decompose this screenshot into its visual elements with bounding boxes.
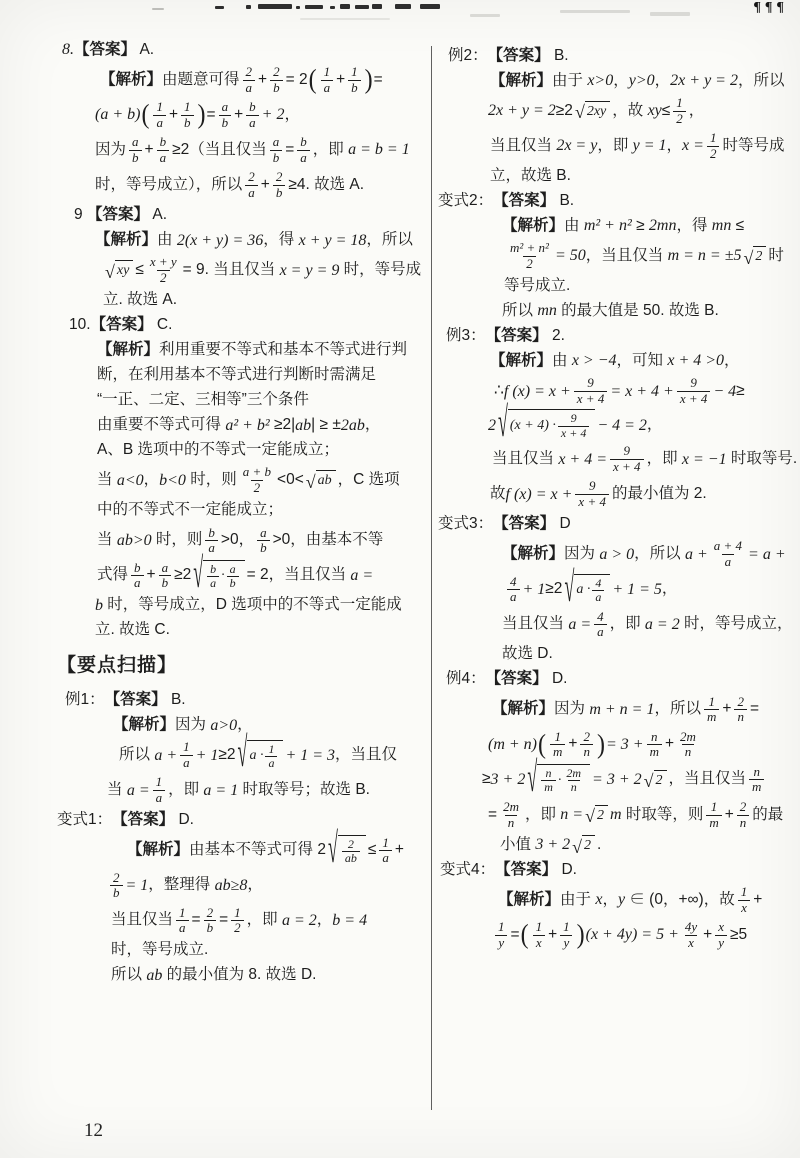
radical-sign: √ — [585, 807, 595, 825]
content-line: 【解析】由于 x>0，y>0，2x + y = 2，所以 — [438, 69, 794, 93]
content-line: 【解析】因为 a > 0，所以 a +a + 4a= a + — [438, 537, 794, 571]
text-run: 因为 — [175, 715, 210, 736]
text-run: ≥2 — [556, 101, 573, 122]
math-run: x — [595, 889, 602, 911]
text-run: ≥5 — [730, 925, 747, 946]
text-run: B. — [167, 690, 186, 711]
content-line: 【要点扫描】 — [57, 653, 429, 679]
header-artifact — [330, 6, 335, 9]
content-line: (a + b)(1a+1b)=ab+ba+ 2， — [57, 98, 429, 132]
content-line: 小值 3 + 2√2. — [438, 833, 794, 857]
bold-label: 【答案】 — [495, 860, 557, 881]
fraction: 1b — [181, 100, 194, 130]
content-line: 【解析】由 m² + n² ≥ 2mn，得 mn ≤ — [438, 214, 794, 238]
text-run: 时，等号成立），所以 — [95, 175, 242, 196]
math-run: a = 2 — [645, 614, 680, 636]
math-run: 2(x + y) = 36 — [177, 230, 263, 252]
big-paren: ( — [521, 921, 529, 949]
fraction: ba — [207, 563, 219, 591]
text-run: = 9. 当且仅当 — [183, 260, 280, 281]
text-run: 时，则 — [152, 530, 203, 551]
header-artifact — [650, 12, 690, 16]
radical: √nm·2mn — [527, 764, 590, 796]
text-run: 所以 — [502, 301, 537, 322]
fraction: 1a — [379, 836, 392, 866]
text-run: ，当且仅当 — [586, 246, 668, 267]
radical: √2 — [644, 770, 667, 791]
radical-sign: √ — [572, 838, 582, 856]
text-run: D. — [548, 669, 568, 690]
math-run: a · — [249, 747, 263, 766]
text-run: 当 — [97, 470, 117, 491]
bold-label: 【解析】 — [492, 699, 554, 720]
math-run: f (x) = x + — [504, 381, 571, 403]
bold-label: 【答案】 — [87, 205, 149, 226]
text-run: = — [207, 105, 216, 126]
content-line: 变式3：【答案】 D — [438, 512, 794, 536]
text-run: ，所以 — [634, 544, 685, 565]
math-run: 8. — [62, 39, 74, 61]
text-run: 时，等号成立， — [680, 614, 793, 635]
text-run: 因为 — [95, 140, 126, 161]
fraction: ab — [270, 135, 283, 165]
text-run: B. — [555, 191, 574, 212]
math-run: ab>0 — [117, 530, 152, 552]
content-line: 时，等号成立），所以2a+2b≥4. 故选 A. — [57, 168, 429, 202]
content-line: 立. 故选 A. — [57, 288, 429, 312]
text-run: 当且仅当 — [490, 136, 556, 157]
text-run: ， — [602, 890, 618, 911]
big-paren: ( — [309, 66, 317, 94]
math-run: 2x = y — [556, 135, 597, 157]
radical: √2 — [585, 805, 608, 826]
math-run: x + y = 18 — [299, 230, 367, 252]
math-run: = 1 — [126, 875, 149, 897]
text-run: ， — [667, 136, 683, 157]
fraction: 2n — [737, 800, 750, 830]
text-run: + — [725, 805, 734, 826]
text-run: ，所以 — [738, 71, 785, 92]
math-run: y>0 — [629, 70, 655, 92]
radical-sign: √ — [564, 565, 574, 607]
math-run: (a + b) — [95, 104, 140, 126]
text-run: 变式1： — [57, 810, 112, 831]
bold-label: 【解析】 — [97, 340, 159, 361]
text-run: = — [750, 699, 759, 720]
fraction: a + 4a — [711, 539, 745, 569]
math-run: + 1 — [196, 745, 219, 767]
bold-label: 【解析】 — [113, 715, 175, 736]
text-run: 由题意可得 — [162, 70, 240, 91]
text-run: 时，则 — [186, 470, 237, 491]
header-artifact — [355, 5, 369, 9]
math-run: + 1 — [523, 579, 546, 601]
radical: √2 — [744, 246, 767, 267]
content-line: 【解析】由于 x，y ∈ (0，+∞)，故1x+ — [438, 883, 794, 917]
text-run: ，故 — [612, 101, 647, 122]
math-run: x = −1 — [682, 449, 727, 471]
text-run: ，即 — [168, 780, 203, 801]
text-run: 由于 — [552, 71, 587, 92]
math-run: a<0 — [117, 470, 144, 492]
text-run: = — [374, 70, 383, 91]
content-line: 2√(x + 4) ·9x + 4− 4 = 2， — [438, 409, 794, 441]
header-artifact — [296, 6, 300, 9]
fraction: 2mn — [563, 767, 584, 795]
content-line: 立. 故选 C. — [57, 619, 429, 643]
fraction: ab — [227, 563, 239, 591]
text-run: 的最小值为 8. 故选 D. — [162, 965, 316, 986]
fraction: 2n — [734, 695, 747, 725]
fraction: 1a — [180, 740, 193, 770]
content-line: 例4：【答案】 D. — [438, 668, 794, 692]
text-run: + — [665, 734, 674, 755]
content-line: A、B 选项中的不等式一定能成立； — [57, 438, 429, 462]
math-run: y = 1 — [633, 135, 667, 157]
text-run: 故选 D. — [502, 644, 553, 665]
math-run: · — [558, 772, 562, 791]
text-run: 当且仅当 — [502, 614, 568, 635]
math-run: b<0 — [159, 470, 186, 492]
math-run: xy — [648, 100, 662, 122]
content-line: ∴f (x) = x +9x + 4= x + 4 +9x + 4− 4≥ — [438, 374, 794, 408]
text-run: 变式4： — [440, 860, 495, 881]
text-run: 变式3： — [438, 514, 493, 535]
column-right: 例2：【答案】 B.【解析】由于 x>0，y>0，2x + y = 2，所以2x… — [438, 44, 794, 953]
fraction: 9x + 4 — [575, 479, 609, 509]
text-run: ，得 — [676, 216, 711, 237]
text-run: 由 — [157, 230, 177, 251]
math-run: x>0 — [587, 70, 613, 92]
header-artifact — [258, 4, 292, 9]
math-run: − 4 — [713, 381, 736, 403]
math-run: mn — [537, 300, 557, 322]
fraction: 2mn — [677, 730, 699, 760]
radical: √xy — [105, 260, 133, 281]
math-run: + 2 — [262, 104, 285, 126]
math-run: 2mn — [649, 215, 677, 237]
text-run: ，得 — [263, 230, 298, 251]
text-run: 由 — [564, 216, 584, 237]
content-line: 故选 D. — [438, 643, 794, 667]
math-run: (x + 4y) — [586, 924, 638, 946]
text-run: ，即 — [525, 805, 560, 826]
radical-sign: √ — [527, 756, 537, 798]
text-run: + — [336, 70, 345, 91]
header-artifact — [420, 4, 440, 9]
fraction: 2b — [270, 65, 283, 95]
big-paren: ) — [365, 66, 373, 94]
content-line: (m + n)(1m+2n)= 3 +nm+2mn — [438, 728, 794, 762]
content-line: 2b= 1，整理得 ab≥8， — [57, 869, 429, 903]
text-run: ， — [724, 351, 740, 372]
text-run: 立，故选 B. — [490, 166, 571, 187]
text-run: ， — [662, 579, 678, 600]
math-run: a · — [576, 581, 590, 600]
math-run: 2ab — [341, 415, 365, 437]
math-run: (x + 4) · — [510, 417, 556, 436]
radical-sign: √ — [575, 103, 585, 121]
header-artifact — [152, 8, 164, 10]
fraction: 2b — [110, 871, 123, 901]
text-run: >0，由基本不等 — [273, 530, 384, 551]
text-run: ，即 — [313, 140, 348, 161]
radical-sign: √ — [238, 731, 248, 773]
fraction: x + y2 — [147, 255, 180, 285]
text-run: ≥2 — [545, 579, 562, 600]
text-run: 由基本不等式可得 2 — [189, 840, 326, 861]
content-line: 1y=(1x+1y)(x + 4y) = 5 +4yx+xy≥5 — [438, 918, 794, 952]
content-line: 当 a<0，b<0 时，则a + b2<0<√ab，C 选项 — [57, 463, 429, 497]
text-run: ， — [655, 71, 671, 92]
text-run: 2. — [548, 326, 565, 347]
text-run: = 2，当且仅当 — [247, 565, 351, 586]
text-run: = — [488, 805, 497, 826]
math-run: x + 4 >0 — [667, 350, 724, 372]
content-line: 所以 ab 的最小值为 8. 故选 D. — [57, 964, 429, 988]
fraction: ab — [257, 526, 270, 556]
fraction: ba — [205, 526, 218, 556]
radical: √2 — [572, 835, 595, 856]
text-run: ， — [689, 101, 705, 122]
text-run: 因为 — [564, 544, 599, 565]
bold-label: 【解析】 — [127, 840, 189, 861]
content-line: 立，故选 B. — [438, 164, 794, 188]
text-run: 等号成立. — [504, 276, 570, 297]
text-run: | ≥ ± — [311, 415, 341, 436]
text-run: ， — [365, 415, 381, 436]
radical-sign: √ — [105, 263, 115, 281]
column-divider — [431, 46, 432, 1110]
fraction: ab — [219, 100, 232, 130]
math-run: y — [618, 889, 625, 911]
math-run: a = — [350, 565, 373, 587]
fraction: ba — [246, 100, 259, 130]
radical: √2ab — [328, 835, 366, 867]
math-run: x > −4 — [572, 350, 617, 372]
math-run: a² + b² — [225, 415, 269, 437]
text-run: ， — [317, 910, 333, 931]
fraction: 9x + 4 — [677, 376, 711, 406]
fraction: ab — [129, 135, 142, 165]
fraction: nm — [749, 765, 764, 795]
math-run: 2 — [584, 837, 591, 856]
text-run: 由 — [552, 351, 572, 372]
text-run: ，所以 — [366, 230, 413, 251]
bold-label: 【答案】 — [493, 191, 555, 212]
fraction: 1a — [265, 743, 277, 771]
content-line: 当且仅当 x + 4 =9x + 4，即 x = −1 时取等号. — [438, 442, 794, 476]
math-run: a = b = 1 — [348, 139, 410, 161]
text-run: “一正、二定、三相等”三个条件 — [97, 390, 309, 411]
bold-label: 【解析】 — [502, 216, 564, 237]
math-run: a + — [685, 544, 708, 566]
header-artifact — [215, 6, 224, 9]
bold-label: 【答案】 — [105, 690, 167, 711]
text-run: 例2： — [448, 46, 488, 67]
text-run: 时，等号成立，D 选项中的不等式一定能成 — [103, 595, 402, 616]
fraction: 1y — [495, 920, 508, 950]
math-run: ab — [318, 472, 332, 491]
text-run: ，可知 — [617, 351, 668, 372]
text-run: D — [555, 514, 571, 535]
big-paren: ) — [198, 101, 206, 129]
content-line: 当且仅当 2x = y，即 y = 1，x =12时等号成 — [438, 129, 794, 163]
math-run: 2x + y = 2 — [670, 70, 738, 92]
text-run: 时，等号成 — [339, 260, 421, 281]
text-run: 10. — [69, 315, 91, 336]
math-run: 3 + 2 — [535, 834, 570, 856]
math-run: = 3 + 2 — [592, 769, 642, 791]
header-artifact — [560, 10, 630, 13]
content-line: √xy≤x + y2= 9. 当且仅当 x = y = 9 时，等号成 — [57, 253, 429, 287]
text-run: 时取等号；故选 B. — [238, 780, 370, 801]
radical-sign: √ — [744, 249, 754, 267]
text-run: = — [511, 925, 520, 946]
bold-label: 【答案】 — [488, 46, 550, 67]
content-line: b 时，等号成立，D 选项中的不等式一定能成 — [57, 594, 429, 618]
text-run: ≥2 — [218, 745, 235, 766]
radical-sign: √ — [193, 551, 203, 593]
fraction: xy — [715, 920, 727, 950]
text-run: ，C 选项 — [338, 470, 400, 491]
text-run: ≥ — [632, 216, 649, 237]
content-line: =2mn，即 n =√2m 时取等，则1m+2n的最 — [438, 798, 794, 832]
big-paren: ) — [597, 731, 605, 759]
page-number: 12 — [84, 1120, 103, 1142]
text-run: 时等号成 — [722, 136, 784, 157]
bold-label: 【解析】 — [490, 71, 552, 92]
text-run: + — [169, 105, 178, 126]
text-run: . — [597, 835, 601, 856]
fraction: nm — [541, 767, 556, 795]
text-run: 式得 — [97, 565, 128, 586]
fraction: 12 — [231, 906, 244, 936]
text-run: = — [285, 140, 294, 161]
math-run: mn — [712, 215, 732, 237]
text-run: 由于 — [560, 890, 595, 911]
text-run: ， — [144, 470, 160, 491]
text-run: 时取等，则 — [622, 805, 704, 826]
text-run: ≤ — [662, 101, 671, 122]
text-run: ∈ (0，+∞)，故 — [625, 890, 735, 911]
bold-label: 【解析】 — [502, 544, 564, 565]
fraction: 1a — [153, 100, 166, 130]
fraction: m² + n²2 — [507, 241, 552, 271]
text-run: 断，在利用基本不等式进行判断时需满足 — [97, 365, 376, 386]
bold-label: 【答案】 — [486, 326, 548, 347]
content-line: 【解析】由 2(x + y) = 36，得 x + y = 18，所以 — [57, 228, 429, 252]
content-line: 【解析】由题意可得2a+2b= 2(1a+1b)= — [57, 63, 429, 97]
text-run: + — [568, 734, 577, 755]
text-run: ≥ — [736, 381, 745, 402]
text-run: ≥4. 故选 A. — [288, 175, 364, 196]
text-run: A. — [149, 205, 167, 226]
math-run: ab — [146, 965, 162, 987]
text-run: ≤ — [368, 840, 377, 861]
text-run: ，即 — [610, 614, 645, 635]
header-artifact — [305, 5, 323, 9]
text-run: = — [192, 910, 201, 931]
text-run: ≤ — [731, 216, 744, 237]
fraction: 9x + 4 — [558, 412, 589, 440]
text-run: ≥2| — [270, 415, 295, 436]
text-run: + — [753, 890, 762, 911]
math-run: 2 — [656, 772, 663, 791]
math-run: = 50 — [555, 245, 586, 267]
text-run: ，所以 — [654, 699, 701, 720]
bold-label: 【答案】 — [486, 669, 548, 690]
fraction: 1x — [738, 885, 751, 915]
radical-sign: √ — [644, 772, 654, 790]
radical-sign: √ — [306, 473, 316, 491]
content-line: “一正、二定、三相等”三个条件 — [57, 388, 429, 412]
text-run: 时取等号. — [727, 449, 798, 470]
bold-label: 【要点扫描】 — [57, 653, 177, 679]
text-run: + — [548, 925, 557, 946]
content-line: m² + n²2= 50，当且仅当 m = n = ±5√2时 — [438, 239, 794, 273]
text-run: + — [395, 840, 404, 861]
math-run: ab — [295, 415, 311, 437]
math-run: 2 — [755, 248, 762, 267]
content-line: 当 ab>0 时，则ba>0，ab>0，由基本不等 — [57, 524, 429, 558]
radical: √(x + 4) ·9x + 4 — [498, 409, 595, 441]
text-run: ≥2（当且仅当 — [172, 140, 267, 161]
content-line: 【解析】利用重要不等式和基本不等式进行判 — [57, 338, 429, 362]
content-line: 故f (x) = x +9x + 4的最小值为 2. — [438, 477, 794, 511]
big-paren: ( — [538, 731, 546, 759]
math-run: m = n = ±5 — [668, 245, 742, 267]
fraction: 2a — [243, 65, 256, 95]
text-run: + — [261, 175, 270, 196]
math-run: a > 0 — [599, 544, 634, 566]
fraction: 2n — [580, 730, 593, 760]
text-run: 立. 故选 A. — [103, 290, 177, 311]
text-run: 时，等号成立. — [111, 940, 208, 961]
radical: √a ·4a — [564, 574, 610, 606]
math-run: xy — [117, 262, 129, 281]
text-run: = 2 — [286, 70, 308, 91]
bold-label: 【答案】 — [112, 810, 174, 831]
math-run: = a + — [748, 544, 786, 566]
fraction: 4a — [507, 575, 520, 605]
fraction: 1m — [706, 800, 721, 830]
content-line: 因为ab+ba≥2（当且仅当ab=ba，即 a = b = 1 — [57, 133, 429, 167]
math-run: + 1 = 5 — [612, 579, 662, 601]
math-run: − 4 = 2 — [597, 415, 647, 437]
content-line: 2x + y = 2≥2√2xy，故 xy≤12， — [438, 94, 794, 128]
content-line: 等号成立. — [438, 274, 794, 298]
content-line: 例3：【答案】 2. — [438, 324, 794, 348]
text-run: 故 — [490, 484, 506, 505]
fraction: 2b — [204, 906, 217, 936]
fraction: nm — [647, 730, 662, 760]
header-artifact — [246, 5, 251, 9]
text-run: ，即 — [597, 136, 632, 157]
radical-sign: √ — [498, 401, 508, 443]
fraction: ba — [157, 135, 170, 165]
content-line: 例1：【答案】 B. — [57, 688, 429, 712]
math-run: a = 2 — [282, 910, 317, 932]
text-run: <0< — [277, 470, 304, 491]
text-run: >0， — [221, 530, 254, 551]
fraction: ab — [159, 561, 172, 591]
math-run: 2 — [597, 807, 604, 826]
text-run: ， — [613, 71, 629, 92]
fraction: 2b — [273, 170, 286, 200]
math-run: m² + n² — [584, 215, 632, 237]
math-run: n = — [560, 804, 583, 826]
